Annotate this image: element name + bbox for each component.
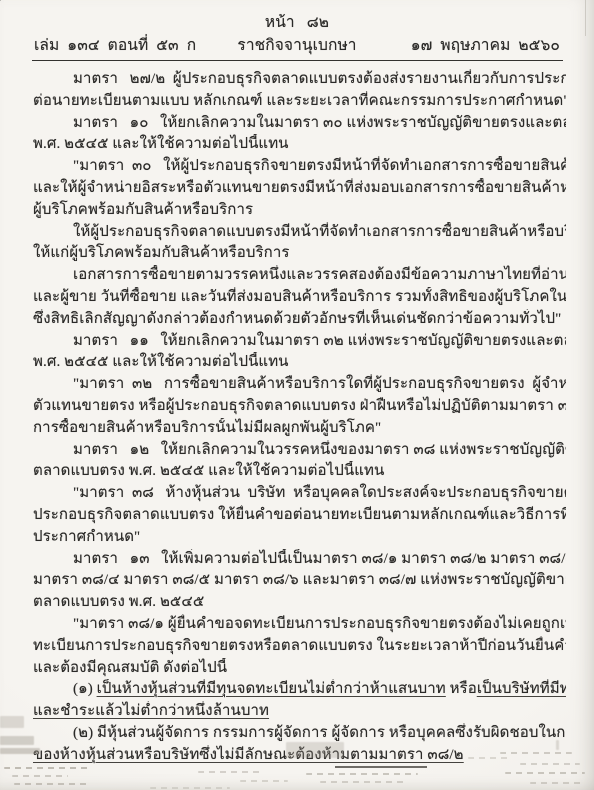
text-segment: "มาตรา ๓๘/๑ ผู้ยื่นคำขอจดทะเบียนการประกอ… xyxy=(73,616,566,632)
text-segment: ให้ผู้ประกอบธุรกิจตลาดแบบตรงมีหน้าที่จัด… xyxy=(73,224,566,240)
scan-noise xyxy=(320,781,404,783)
text-line: ประกาศกำหนด" xyxy=(33,527,566,549)
text-line: ประกอบธุรกิจตลาดแบบตรง ให้ยื่นคำขอต่อนาย… xyxy=(33,505,566,527)
text-line: ให้ผู้ประกอบธุรกิจตลาดแบบตรงมีหน้าที่จัด… xyxy=(33,222,566,244)
page-number-line: หน้า ๘๒ xyxy=(0,13,594,33)
text-line: "มาตรา ๓๘ ห้างหุ้นส่วน บริษัท หรือบุคคลใ… xyxy=(33,483,566,505)
page-number: ๘๒ xyxy=(307,14,329,31)
text-line: มาตรา ๑๓ ให้เพิ่มความต่อไปนี้เป็นมาตรา ๓… xyxy=(33,549,566,571)
text-segment: ต่อนายทะเบียนตามแบบ หลักเกณฑ์ และระยะเวล… xyxy=(33,93,566,109)
masthead: เล่ม ๑๓๔ ตอนที่ ๕๓ ก ราชกิจจานุเบกษา ๑๗ … xyxy=(0,35,594,56)
text-segment: ประกอบธุรกิจตลาดแบบตรง ให้ยื่นคำขอต่อนาย… xyxy=(33,507,566,523)
scan-underline-extension xyxy=(335,766,427,768)
text-line: ผู้บริโภคพร้อมกับสินค้าหรือบริการ xyxy=(33,200,566,222)
text-segment: พ.ศ. ๒๕๔๕ และให้ใช้ความต่อไปนี้แทน xyxy=(33,136,289,152)
scan-noise xyxy=(556,740,559,750)
text-segment: "มาตรา ๓๒ การซื้อขายสินค้าหรือบริการใดที… xyxy=(73,376,566,392)
text-line: มาตรา ๑๐ ให้ยกเลิกความในมาตรา ๓๐ แห่งพระ… xyxy=(33,113,566,135)
text-line: ทะเบียนการประกอบธุรกิจขายตรงหรือตลาดแบบต… xyxy=(33,636,566,658)
text-segment: "มาตรา ๓๘ ห้างหุ้นส่วน บริษัท หรือบุคคลใ… xyxy=(73,485,566,501)
scan-noise xyxy=(468,757,510,759)
scan-noise xyxy=(0,748,40,754)
scan-noise xyxy=(14,783,88,785)
text-segment: "มาตรา ๓๐ ให้ผู้ประกอบธุรกิจขายตรงมีหน้า… xyxy=(73,158,566,174)
text-line: เอกสารการซื้อขายตามวรรคหนึ่งและวรรคสองต้… xyxy=(33,265,566,287)
text-line: "มาตรา ๓๐ ให้ผู้ประกอบธุรกิจขายตรงมีหน้า… xyxy=(33,156,566,178)
text-segment: หรือ xyxy=(446,681,477,697)
text-segment: ให้แก่ผู้บริโภคพร้อมกับสินค้าหรือบริการ xyxy=(33,245,290,261)
scan-noise xyxy=(286,742,344,758)
text-line: ตลาดแบบตรง พ.ศ. ๒๕๔๕ และให้ใช้ความต่อไปน… xyxy=(33,461,566,483)
text-segment: และต้องมีคุณสมบัติ ดังต่อไปนี้ xyxy=(33,660,227,676)
gazette-page: หน้า ๘๒ เล่ม ๑๓๔ ตอนที่ ๕๓ ก ราชกิจจานุเ… xyxy=(0,0,594,790)
text-segment: ทะเบียนการประกอบธุรกิจขายตรงหรือตลาดแบบต… xyxy=(33,638,566,654)
gazette-title: ราชกิจจานุเบกษา xyxy=(237,35,356,56)
text-line: มาตรา ๑๑ ให้ยกเลิกความในมาตรา ๓๒ แห่งพระ… xyxy=(33,331,566,353)
text-segment: ตลาดแบบตรง พ.ศ. ๒๕๔๕ และให้ใช้ความต่อไปน… xyxy=(33,463,384,479)
text-line: พ.ศ. ๒๕๔๕ และให้ใช้ความต่อไปนี้แทน xyxy=(33,352,566,374)
text-line: "มาตรา ๓๒ การซื้อขายสินค้าหรือบริการใดที… xyxy=(33,374,566,396)
page-label: หน้า xyxy=(265,14,295,31)
text-segment: ตลาดแบบตรง พ.ศ. ๒๕๔๕ xyxy=(33,594,204,610)
underlined-text: เป็นห้างหุ้นส่วนที่มีทุนจดทะเบียนไม่ต่ำก… xyxy=(97,681,446,697)
underlined-text: เป็นบริษัทที่มีทุนจดทะเบียน xyxy=(477,681,566,697)
text-line: มาตรา ๓๘/๔ มาตรา ๓๘/๕ มาตรา ๓๘/๖ และมาตร… xyxy=(33,570,566,592)
scan-noise xyxy=(198,771,262,773)
text-segment: (๒) มีหุ้นส่วนผู้จัดการ กรรมการผู้จัดการ… xyxy=(73,725,566,741)
publish-date: ๑๗ พฤษภาคม ๒๕๖๐ xyxy=(357,35,560,56)
underlined-text: และชำระแล้วไม่ต่ำกว่าหนึ่งล้านบาท xyxy=(33,703,269,719)
scan-noise xyxy=(500,752,572,754)
text-segment: มาตรา ๑๑ ให้ยกเลิกความในมาตรา ๓๒ แห่งพระ… xyxy=(73,333,566,349)
scan-noise xyxy=(150,787,230,789)
scan-noise xyxy=(240,780,288,782)
text-line: และผู้ขาย วันที่ซื้อขาย และวันที่ส่งมอบส… xyxy=(33,287,566,309)
text-segment: ซึ่งสิทธิเลิกสัญญาดังกล่าวต้องกำหนดด้วยต… xyxy=(33,311,561,327)
volume-issue: เล่ม ๑๓๔ ตอนที่ ๕๓ ก xyxy=(34,35,237,56)
text-line: และให้ผู้จำหน่ายอิสระหรือตัวแทนขายตรงมีห… xyxy=(33,178,566,200)
scan-noise xyxy=(0,716,24,728)
text-line: (๑) เป็นห้างหุ้นส่วนที่มีทุนจดทะเบียนไม่… xyxy=(33,679,566,701)
text-line: ต่อนายทะเบียนตามแบบ หลักเกณฑ์ และระยะเวล… xyxy=(33,91,566,113)
text-line: พ.ศ. ๒๕๔๕ และให้ใช้ความต่อไปนี้แทน xyxy=(33,134,566,156)
scan-noise xyxy=(0,736,34,745)
text-line: มาตรา ๑๒ ให้ยกเลิกความในวรรคหนึ่งของมาตร… xyxy=(33,440,566,462)
text-segment: และผู้ขาย วันที่ซื้อขาย และวันที่ส่งมอบส… xyxy=(33,289,566,305)
scan-noise xyxy=(530,782,585,784)
text-segment: มาตรา ๓๘/๔ มาตรา ๓๘/๕ มาตรา ๓๘/๖ และมาตร… xyxy=(33,572,566,588)
scan-noise xyxy=(505,772,585,774)
text-line: และชำระแล้วไม่ต่ำกว่าหนึ่งล้านบาท xyxy=(33,701,566,723)
text-segment: พ.ศ. ๒๕๔๕ และให้ใช้ความต่อไปนี้แทน xyxy=(33,354,289,370)
text-line: ตัวแทนขายตรง หรือผู้ประกอบธุรกิจตลาดแบบต… xyxy=(33,396,566,418)
text-segment: (๑) xyxy=(73,681,97,697)
scan-noise xyxy=(520,763,580,765)
text-segment: ผู้บริโภคพร้อมกับสินค้าหรือบริการ xyxy=(33,202,253,218)
text-segment: มาตรา ๑๐ ให้ยกเลิกความในมาตรา ๓๐ แห่งพระ… xyxy=(73,115,566,131)
text-line: ตลาดแบบตรง พ.ศ. ๒๕๔๕ xyxy=(33,592,566,614)
document-body: มาตรา ๒๗/๒ ผู้ประกอบธุรกิจตลาดแบบตรงต้อง… xyxy=(0,61,594,767)
text-segment: ประกาศกำหนด" xyxy=(33,529,140,545)
scan-noise xyxy=(4,767,92,769)
text-segment: การซื้อขายสินค้าหรือบริการนั้นไม่มีผลผูก… xyxy=(33,420,381,436)
text-line: ให้แก่ผู้บริโภคพร้อมกับสินค้าหรือบริการ xyxy=(33,243,566,265)
text-segment: มาตรา ๑๓ ให้เพิ่มความต่อไปนี้เป็นมาตรา ๓… xyxy=(73,551,566,567)
text-line: การซื้อขายสินค้าหรือบริการนั้นไม่มีผลผูก… xyxy=(33,418,566,440)
text-segment: เอกสารการซื้อขายตามวรรคหนึ่งและวรรคสองต้… xyxy=(73,267,566,283)
text-segment: มาตรา ๑๒ ให้ยกเลิกความในวรรคหนึ่งของมาตร… xyxy=(73,442,566,458)
page-header: หน้า ๘๒ เล่ม ๑๓๔ ตอนที่ ๕๓ ก ราชกิจจานุเ… xyxy=(0,0,594,61)
text-segment: ตัวแทนขายตรง หรือผู้ประกอบธุรกิจตลาดแบบต… xyxy=(33,398,566,414)
text-line: มาตรา ๒๗/๒ ผู้ประกอบธุรกิจตลาดแบบตรงต้อง… xyxy=(33,69,566,91)
text-line: และต้องมีคุณสมบัติ ดังต่อไปนี้ xyxy=(33,658,566,680)
scan-noise xyxy=(306,773,418,775)
scan-noise xyxy=(12,775,68,777)
text-line: "มาตรา ๓๘/๑ ผู้ยื่นคำขอจดทะเบียนการประกอ… xyxy=(33,614,566,636)
text-segment: มาตรา ๒๗/๒ ผู้ประกอบธุรกิจตลาดแบบตรงต้อง… xyxy=(73,71,566,87)
text-segment: และให้ผู้จำหน่ายอิสระหรือตัวแทนขายตรงมีห… xyxy=(33,180,566,196)
text-line: ซึ่งสิทธิเลิกสัญญาดังกล่าวต้องกำหนดด้วยต… xyxy=(33,309,566,331)
underlined-text: ของห้างหุ้นส่วนหรือบริษัทซึ่งไม่มีลักษณะ… xyxy=(33,747,464,763)
